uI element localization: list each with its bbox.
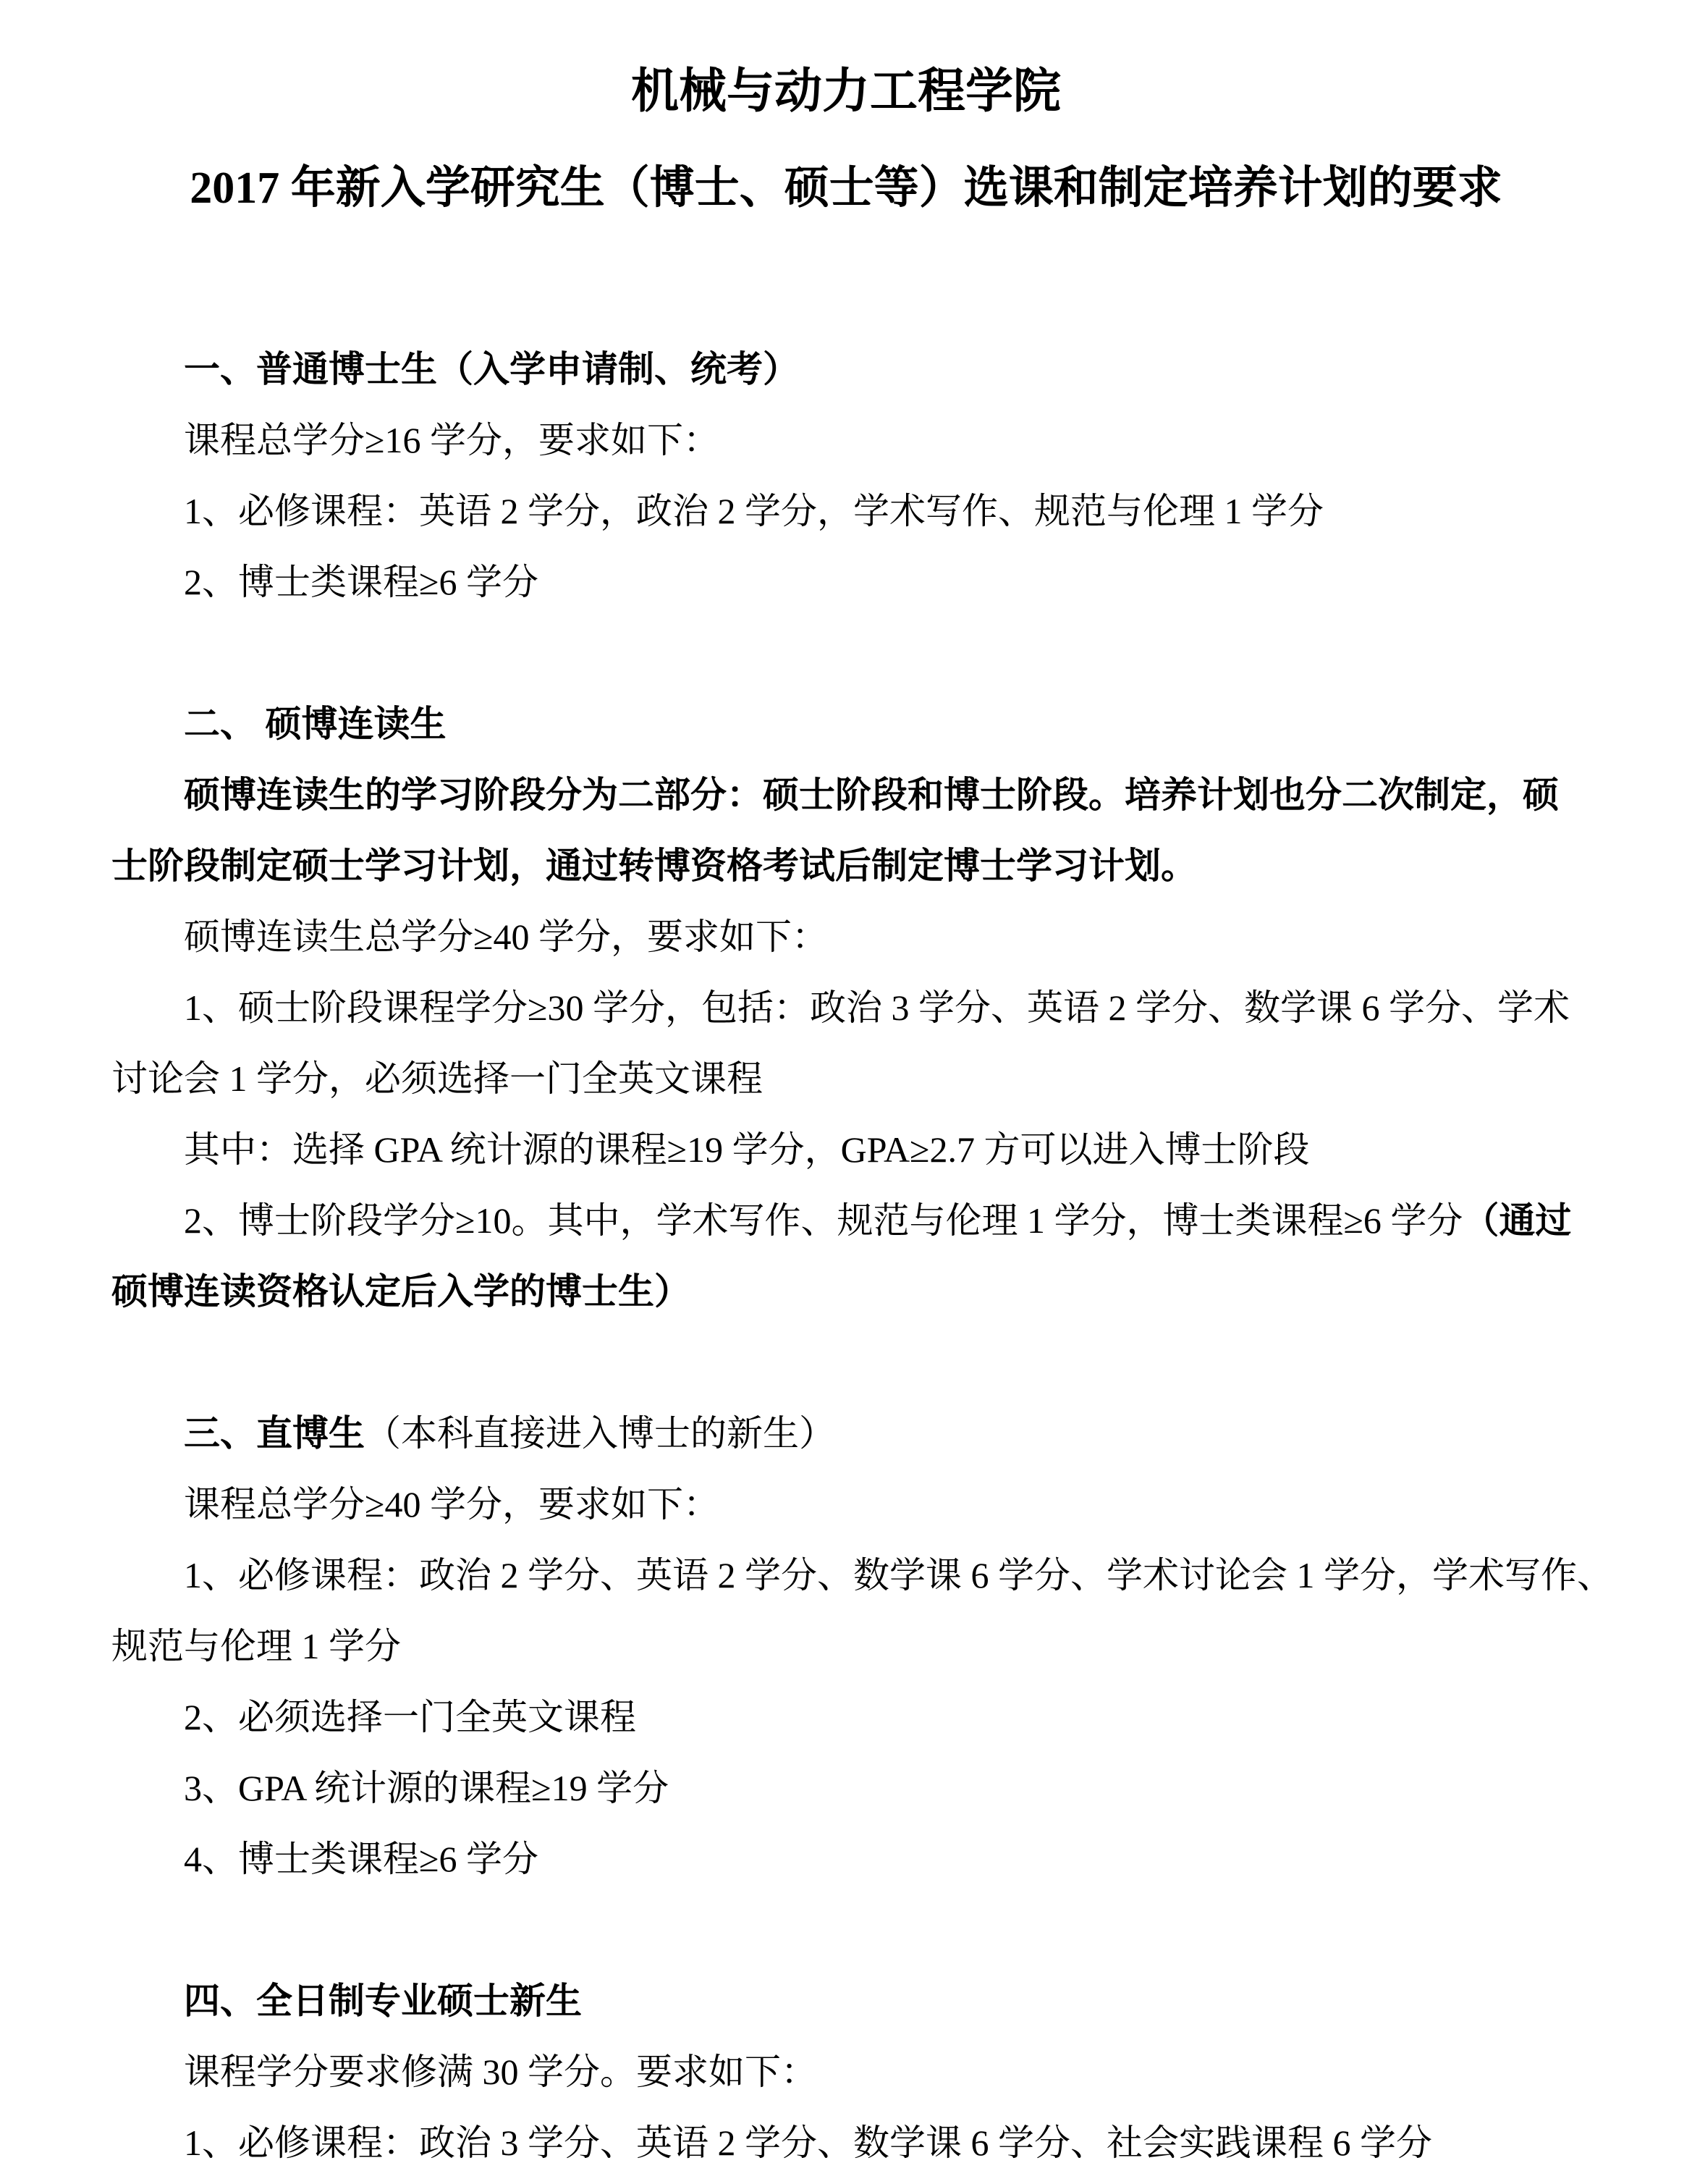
text-run-bold: 二、 硕博连读生	[184, 704, 447, 744]
text-run-bold: 硕博连读生的学习阶段分为二部分：硕士阶段和博士阶段。培养计划也分二次制定，硕	[184, 775, 1559, 815]
text-line: 一、普通博士生（入学申请制、统考）	[111, 334, 1581, 405]
blank-line	[111, 1894, 1581, 1965]
text-line: 硕博连读生总学分≥40 学分，要求如下：	[111, 901, 1581, 972]
text-line: 课程总学分≥40 学分，要求如下：	[111, 1469, 1581, 1540]
text-run: 3、GPA 统计源的课程≥19 学分	[184, 1768, 669, 1808]
text-line: 士阶段制定硕士学习计划，通过转博资格考试后制定博士学习计划。	[111, 830, 1581, 901]
text-line: 1、必修课程：政治 2 学分、英语 2 学分、数学课 6 学分、学术讨论会 1 …	[111, 1540, 1581, 1611]
text-run: 1、硕士阶段课程学分≥30 学分，包括：政治 3 学分、英语 2 学分、数学课 …	[184, 987, 1570, 1028]
text-line: 四、全日制专业硕士新生	[111, 1965, 1581, 2036]
text-line: 规范与伦理 1 学分	[111, 1611, 1581, 1682]
text-run: 其中：选择 GPA 统计源的课程≥19 学分，GPA≥2.7 方可以进入博士阶段	[184, 1129, 1310, 1170]
text-line: 二、 硕博连读生	[111, 688, 1581, 759]
text-line: 1、必修课程：英语 2 学分，政治 2 学分，学术写作、规范与伦理 1 学分	[111, 476, 1581, 547]
text-run: 规范与伦理 1 学分	[111, 1626, 401, 1666]
text-line: 4、博士类课程≥6 学分	[111, 1823, 1581, 1894]
text-run: 2、博士类课程≥6 学分	[184, 562, 538, 602]
document-body: 一、普通博士生（入学申请制、统考）课程总学分≥16 学分，要求如下：1、必修课程…	[111, 334, 1581, 2178]
text-line: 其中：选择 GPA 统计源的课程≥19 学分，GPA≥2.7 方可以进入博士阶段	[111, 1114, 1581, 1185]
blank-line	[111, 617, 1581, 688]
document-page: 机械与动力工程学院 2017 年新入学研究生（博士、硕士等）选课和制定培养计划的…	[0, 0, 1692, 2184]
text-run: （本科直接进入博士的新生）	[365, 1413, 835, 1454]
text-line: 2、必须选择一门全英文课程	[111, 1682, 1581, 1753]
text-run-bold: 硕博连读资格认定后入学的博士生）	[111, 1271, 690, 1312]
text-run: 讨论会 1 学分，必须选择一门全英文课程	[111, 1058, 763, 1099]
text-line: 1、必修课程：政治 3 学分、英语 2 学分、数学课 6 学分、社会实践课程 6…	[111, 2107, 1581, 2178]
text-run: 1、必修课程：政治 3 学分、英语 2 学分、数学课 6 学分、社会实践课程 6…	[184, 2122, 1432, 2163]
page-subtitle: 2017 年新入学研究生（博士、硕士等）选课和制定培养计划的要求	[111, 161, 1581, 215]
text-line: 3、GPA 统计源的课程≥19 学分	[111, 1753, 1581, 1823]
blank-line	[111, 1327, 1581, 1398]
text-run: 1、必修课程：政治 2 学分、英语 2 学分、数学课 6 学分、学术讨论会 1 …	[184, 1555, 1613, 1595]
text-line: 硕博连读生的学习阶段分为二部分：硕士阶段和博士阶段。培养计划也分二次制定，硕	[111, 759, 1581, 830]
text-run: 2、博士阶段学分≥10。其中，学术写作、规范与伦理 1 学分，博士类课程≥6 学…	[184, 1200, 1463, 1241]
text-run-bold: 一、普通博士生（入学申请制、统考）	[184, 349, 799, 389]
text-line: 2、博士类课程≥6 学分	[111, 547, 1581, 617]
text-run: 1、必修课程：英语 2 学分，政治 2 学分，学术写作、规范与伦理 1 学分	[184, 491, 1324, 531]
text-line: 课程总学分≥16 学分，要求如下：	[111, 405, 1581, 476]
page-title: 机械与动力工程学院	[111, 64, 1581, 120]
text-run: 硕博连读生总学分≥40 学分，要求如下：	[184, 916, 828, 957]
text-run-bold: 三、直博生	[184, 1413, 365, 1454]
text-run-bold: 士阶段制定硕士学习计划，通过转博资格考试后制定博士学习计划。	[111, 846, 1197, 886]
text-line: 硕博连读资格认定后入学的博士生）	[111, 1256, 1581, 1327]
text-run: 2、必须选择一门全英文课程	[184, 1697, 636, 1737]
text-line: 2、博士阶段学分≥10。其中，学术写作、规范与伦理 1 学分，博士类课程≥6 学…	[111, 1185, 1581, 1256]
text-run: 4、博士类课程≥6 学分	[184, 1839, 538, 1879]
text-run: 课程总学分≥40 学分，要求如下：	[184, 1484, 719, 1525]
text-line: 讨论会 1 学分，必须选择一门全英文课程	[111, 1043, 1581, 1114]
text-run: 课程学分要求修满 30 学分。要求如下：	[184, 2052, 817, 2092]
text-run-bold: （通过	[1463, 1200, 1571, 1241]
text-run-bold: 四、全日制专业硕士新生	[184, 1981, 582, 2021]
text-line: 1、硕士阶段课程学分≥30 学分，包括：政治 3 学分、英语 2 学分、数学课 …	[111, 972, 1581, 1043]
text-run: 课程总学分≥16 学分，要求如下：	[184, 420, 719, 460]
text-line: 课程学分要求修满 30 学分。要求如下：	[111, 2036, 1581, 2107]
text-line: 三、直博生（本科直接进入博士的新生）	[111, 1398, 1581, 1469]
